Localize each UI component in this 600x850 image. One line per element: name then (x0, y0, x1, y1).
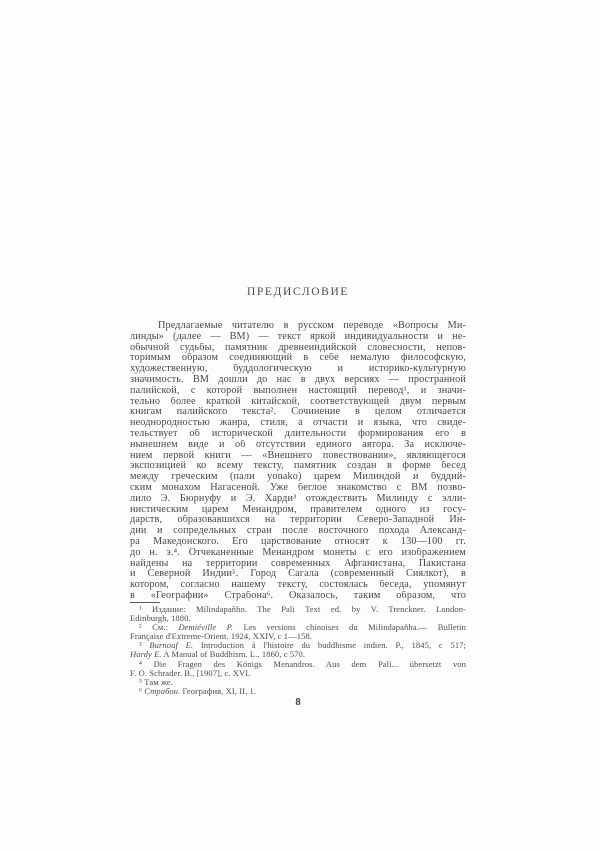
footnote-line: ⁵ Там же. (130, 678, 466, 687)
body-text-line: тельствует об исторической длительности … (130, 429, 466, 440)
footnote-line: ² См.: Demiéville P. Les versions chinoi… (130, 623, 466, 632)
body-text-line: книгам палийского текста². Сочинение в ц… (130, 407, 466, 418)
body-text-line: дарств, образовавшихся на территории Сев… (130, 515, 466, 526)
body-text-line: Предлагаемые читателю в русском переводе… (130, 321, 466, 332)
body-text-line: линды» (далее — ВМ) — текст яркой индиви… (130, 332, 466, 343)
body-text-line: значимость. ВМ дошли до нас в двух верси… (130, 375, 466, 386)
body-text-line: торимым образом соединяющий в себе немал… (130, 353, 466, 364)
footnote-line: ³ Burnouf E. Introduction à l'histoire d… (130, 641, 466, 650)
body-text-line: между греческим (пали yonako) царем Мили… (130, 472, 466, 483)
body-text-line: и Северной Индии⁵. Город Сагала (совреме… (130, 569, 466, 580)
body-text-line: ским монахом Нагасеной. Уже беглое знако… (130, 483, 466, 494)
footnote-separator (130, 602, 160, 603)
body-text-line: тельно более краткой китайской, соответс… (130, 397, 466, 408)
footnote-line: Hardy E. A Manual of Buddhism. L., 1860,… (130, 650, 466, 659)
body-text-line: в «Географии» Страбона⁶. Оказалось, таки… (130, 591, 466, 602)
body-text-line: нием первой книги — «Внешнего повествова… (130, 451, 466, 462)
page-number: 8 (130, 697, 466, 708)
body-text-line: дии и сопредельных стран после восточног… (130, 526, 466, 537)
body-text-line: до н. э.⁴. Отчеканенные Менандром монеты… (130, 548, 466, 559)
body-text-line: лило Э. Бюрнуфу и Э. Харди³ отождествить… (130, 494, 466, 505)
body-text-line: неоднородностью жанра, стиля, а отчасти … (130, 418, 466, 429)
footnotes-block: ¹ Издание: Milindapañho. The Pali Text e… (130, 605, 466, 696)
body-text-line: обычной судьбы, памятник древнеиндийской… (130, 343, 466, 354)
body-text-line: нистическим царем Менандром, правителем … (130, 505, 466, 516)
body-text-line: нынешнем виде и об отсутствии единого ав… (130, 440, 466, 451)
body-text-line: котором, согласно нашему тексту, состоял… (130, 580, 466, 591)
footnote-line: ¹ Издание: Milindapañho. The Pali Text e… (130, 605, 466, 614)
scanned-book-page: ПРЕДИСЛОВИЕ Предлагаемые читателю в русс… (0, 0, 600, 850)
footnote-line: Edinburgh, 1880. (130, 614, 466, 623)
body-text-line: художественную, буддологическую и истори… (130, 364, 466, 375)
footnote-line: ⁴ Die Fragen des Königs Menandros. Aus d… (130, 660, 466, 669)
page-content: ПРЕДИСЛОВИЕ Предлагаемые читателю в русс… (0, 0, 600, 850)
body-text-line: найдены на территории современных Афгани… (130, 559, 466, 570)
footnote-line: Française d'Extreme-Orient. 1924, XXIV, … (130, 632, 466, 641)
footnote-line: ⁶ Страбон. География, XI, II, 1. (130, 687, 466, 696)
body-text-line: экспозицией ко всему тексту, памятник со… (130, 461, 466, 472)
body-text-line: ра Македонского. Его царствование относя… (130, 537, 466, 548)
footnote-line: F. O. Schrader. B., [1907], с. XVI. (130, 669, 466, 678)
body-text-line: палийской, с которой выполнен настоящий … (130, 386, 466, 397)
body-paragraph: Предлагаемые читателю в русском переводе… (130, 321, 466, 602)
page-title: ПРЕДИСЛОВИЕ (130, 286, 466, 298)
